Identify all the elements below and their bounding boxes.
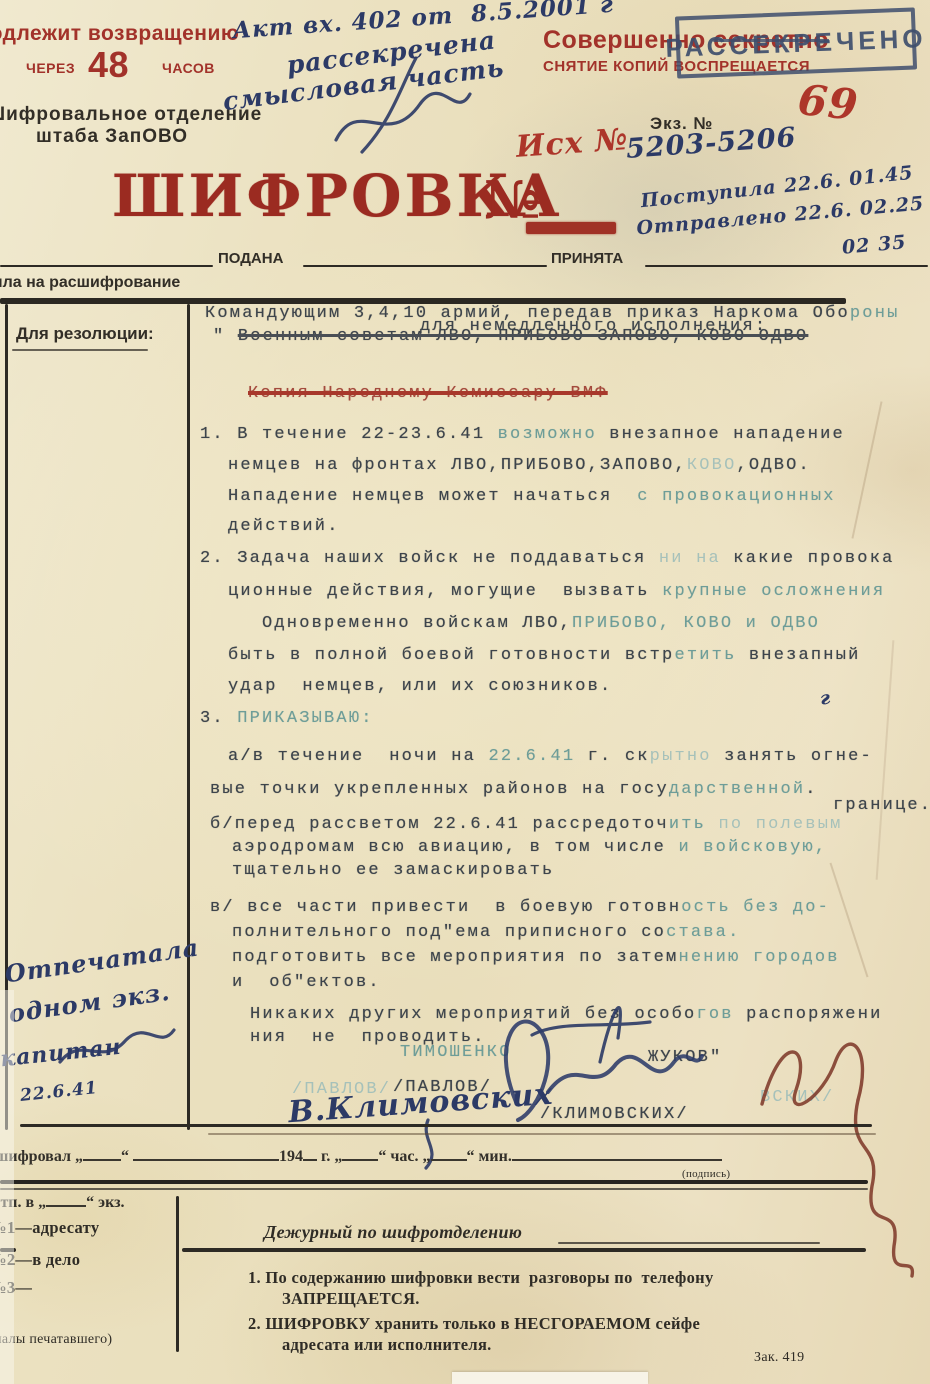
handwritten-note: 22.6.41: [19, 1078, 99, 1106]
copy-addr-1: №1—адресату: [0, 1218, 99, 1238]
typed-segment: ни на: [659, 549, 721, 568]
typed-insert: границе.: [833, 796, 930, 815]
typed-segment: внезапное нападение: [597, 425, 845, 444]
typed-line: а/в течение ночи на 22.6.41 г. скрытно з…: [228, 747, 873, 766]
signature-hint: (подпись): [682, 1168, 730, 1180]
typed-segment: ": [213, 327, 238, 346]
form-blank-line: [431, 1146, 467, 1161]
typed-segment: КОВО: [687, 456, 737, 475]
typed-segment: 1. В течение 22-23.6.41: [200, 425, 498, 444]
declassified-stamp: РАССЕКРЕЧЕНО: [675, 7, 917, 78]
form-blank-line: [133, 1146, 279, 1161]
typed-segment: в/ все части привести в боевую готовн: [210, 898, 681, 917]
typed-segment: Одновременно войскам ЛВО,: [262, 614, 572, 633]
typed-segment: ость без до-: [681, 898, 830, 917]
handwritten-note: Отпечатала: [3, 933, 201, 989]
to-decrypt-label: Поступила на расшифрование: [0, 274, 180, 292]
typed-segment: распоряжени: [734, 1005, 883, 1024]
bottom-column-divider: [176, 1196, 179, 1352]
typed-line: удар немцев, или их союзников.: [228, 677, 612, 696]
typed-segment: ,ОДВО.: [736, 456, 810, 475]
typed-segment: роны: [850, 304, 900, 323]
form-label: г. „: [317, 1148, 342, 1166]
typed-segment: Никаких других мероприятий без особо: [250, 1005, 696, 1024]
duty-officer-line: [558, 1242, 820, 1244]
typed-segment: удар немцев, или их союзников.: [228, 677, 612, 696]
typed-line: 2. Задача наших войск не поддаваться ни …: [200, 549, 895, 568]
notes-rule: [182, 1248, 866, 1252]
form-blank-line: [342, 1146, 378, 1161]
typed-line: 1. В течение 22-23.6.41 возможно внезапн…: [200, 425, 845, 444]
typed-line: Копия Народному Комиссару ВМФ: [248, 384, 608, 403]
typist-initials-label: (инициалы печатавшего): [0, 1332, 112, 1348]
typed-segment: Копия Народному Комиссару ВМФ: [248, 384, 608, 403]
typed-segment: действий.: [228, 517, 340, 536]
left-edge-highlight: [0, 990, 14, 1384]
typed-segment: подготовить все мероприятия по затем: [232, 948, 678, 967]
typed-segment: по полевым: [718, 815, 842, 834]
typed-segment: а/в течение ночи на: [228, 747, 488, 766]
handwritten-note: г: [818, 687, 833, 710]
typed-segment: и об"ектов.: [232, 973, 381, 992]
typed-line: и об"ектов.: [232, 973, 381, 992]
typed-segment: ционные действия, могущие вызвать: [228, 582, 662, 601]
return-notice-through: ЧЕРЕЗ: [26, 60, 75, 76]
typed-line: ционные действия, могущие вызвать крупны…: [228, 582, 885, 601]
top-ink-signature: [336, 93, 470, 140]
typed-line: действий.: [228, 517, 340, 536]
typed-line: быть в полной боевой готовности встретит…: [228, 646, 861, 665]
typed-segment: ВСКИХ/: [760, 1088, 834, 1107]
form-label: 194: [279, 1148, 303, 1166]
typed-line: ТИМОШЕНКО: [400, 1043, 512, 1062]
typed-line: ВСКИХ/: [760, 1088, 834, 1107]
typed-segment: ТИМОШЕНКО: [400, 1043, 512, 1062]
typed-segment: с провокационных: [637, 487, 835, 506]
typed-segment: /КЛИМОВСКИХ/: [540, 1105, 689, 1124]
typed-segment: ить: [669, 815, 719, 834]
typed-segment: Нападение немцев может начаться: [228, 487, 637, 506]
typed-segment: ПРИБОВО, КОВО и ОДВО: [572, 614, 820, 633]
print-order-number: Зак. 419: [754, 1350, 804, 1366]
typed-segment: 2. Задача наших войск не поддаваться: [200, 549, 659, 568]
title-number-redaction-bar: [526, 222, 616, 234]
typed-segment: аэродромам всю авиацию, в том числе: [232, 838, 678, 857]
typed-line: аэродромам всю авиацию, в том числе и во…: [232, 838, 827, 857]
return-notice-line1: Подлежит возвращению: [0, 22, 239, 46]
form-blank-line: [512, 1146, 722, 1161]
typed-segment: ЖУКОВ": [648, 1048, 722, 1067]
note-2-line1: 2. ШИФРОВКУ хранить только в НЕСГОРАЕМОМ…: [248, 1314, 700, 1334]
typed-segment: 3.: [200, 709, 237, 728]
form-label: “: [121, 1148, 133, 1166]
form-blank-line: [46, 1192, 86, 1207]
form-label: “ час. „: [378, 1148, 430, 1166]
typed-segment: нению городов: [678, 948, 839, 967]
typed-segment: .: [805, 780, 817, 799]
paper-crease-1: [851, 401, 882, 538]
form-blank-line: [303, 1146, 317, 1161]
paper-crease-2: [876, 640, 895, 880]
podana-label: ПОДАНА: [218, 250, 283, 267]
typed-segment: г. ск: [575, 747, 649, 766]
typed-insert: для немедленного исполнения:: [420, 317, 767, 336]
typed-line: немцев на фронтах ЛВО,ПРИБОВО,ЗАПОВО,КОВ…: [228, 456, 811, 475]
signature-block-rule-2: [208, 1133, 876, 1135]
typed-segment: става.: [666, 923, 740, 942]
duty-officer-label: Дежурный по шифротделению: [264, 1222, 522, 1243]
typed-segment: немцев на фронтах ЛВО,ПРИБОВО,ЗАПОВО,: [228, 456, 687, 475]
typed-line: ЖУКОВ": [648, 1048, 722, 1067]
typed-segment: ПРИКАЗЫВАЮ:: [237, 709, 373, 728]
form-label: „: [71, 1148, 83, 1166]
typed-segment: возможно: [498, 425, 597, 444]
handwritten-note: 69: [796, 75, 861, 130]
typed-line: тщательно ее замаскировать: [232, 861, 554, 880]
typed-segment: полнительного под"ема приписного со: [232, 923, 666, 942]
typed-line: Никаких других мероприятий без особогов …: [250, 1005, 883, 1024]
handwritten-note: Исх №: [515, 122, 630, 165]
typed-line: в/ все части привести в боевую готовност…: [210, 898, 830, 917]
typed-line: 3. ПРИКАЗЫВАЮ:: [200, 709, 374, 728]
decoder-form-row: Расшифровал „“ 194 г. „“ час. „“ мин.: [0, 1146, 722, 1166]
bottom-paper-tab: [452, 1372, 648, 1384]
double-rule-bottom: [0, 1188, 868, 1190]
typed-segment: вые точки укрепленных районов на госу: [210, 780, 669, 799]
typed-line: Нападение немцев может начаться с провок…: [228, 487, 836, 506]
prinyata-line: [645, 265, 928, 267]
typed-segment: 22.6.41: [488, 747, 575, 766]
form-label: “ мин.: [467, 1148, 512, 1166]
typed-segment: крупные осложнения: [662, 582, 885, 601]
note-1-line1: 1. По содержанию шифровки вести разговор…: [248, 1268, 714, 1288]
form-label: “ экз.: [86, 1194, 124, 1212]
typed-segment: дарственной: [669, 780, 805, 799]
typed-line: /КЛИМОВСКИХ/: [540, 1105, 689, 1124]
note-2-line2: адресата или исполнителя.: [282, 1335, 492, 1355]
typed-line: подготовить все мероприятия по затемнени…: [232, 948, 840, 967]
form-blank-line: [83, 1146, 121, 1161]
return-notice-48: 48: [88, 44, 129, 86]
typed-segment: какие провока: [721, 549, 895, 568]
signature-block-rule: [20, 1124, 872, 1127]
handwritten-note: 02 35: [841, 231, 907, 259]
typed-line: полнительного под"ема приписного состава…: [232, 923, 740, 942]
typed-segment: гов: [696, 1005, 733, 1024]
podana-line-left: [0, 265, 213, 267]
typed-line: вые точки укрепленных районов на государ…: [210, 780, 818, 799]
dept-line2: штаба ЗапОВО: [36, 126, 188, 148]
typed-line: Одновременно войскам ЛВО,ПРИБОВО, КОВО и…: [262, 614, 820, 633]
handwritten-note: капитан: [0, 1034, 123, 1073]
typed-segment: занять огне-: [712, 747, 873, 766]
typed-segment: тщательно ее замаскировать: [232, 861, 554, 880]
podana-line-mid: [303, 265, 547, 267]
typed-segment: б/перед рассветом 22.6.41 рассредоточ: [210, 815, 669, 834]
return-notice-hours: ЧАСОВ: [162, 60, 215, 76]
note-1-line2: ЗАПРЕЩАЕТСЯ.: [282, 1289, 420, 1309]
typed-segment: рытно: [650, 747, 712, 766]
prinyata-label: ПРИНЯТА: [551, 250, 623, 267]
table-column-divider: [187, 304, 190, 1130]
double-rule-top: [0, 1180, 868, 1184]
typed-segment: быть в полной боевой готовности встр: [228, 646, 674, 665]
copies-count-row: Отп. в „“ экз.: [0, 1192, 125, 1212]
typed-segment: етить: [674, 646, 736, 665]
typed-segment: внезапный: [736, 646, 860, 665]
typed-line: б/перед рассветом 22.6.41 рассредоточить…: [210, 815, 843, 834]
typed-segment: и войсковую,: [678, 838, 827, 857]
for-resolution-label: Для резолюции:: [16, 324, 154, 344]
scanned-cipher-telegram-document: Подлежит возвращению ЧЕРЕЗ 48 ЧАСОВ Шифр…: [0, 0, 930, 1384]
for-resolution-underline: [12, 349, 148, 351]
